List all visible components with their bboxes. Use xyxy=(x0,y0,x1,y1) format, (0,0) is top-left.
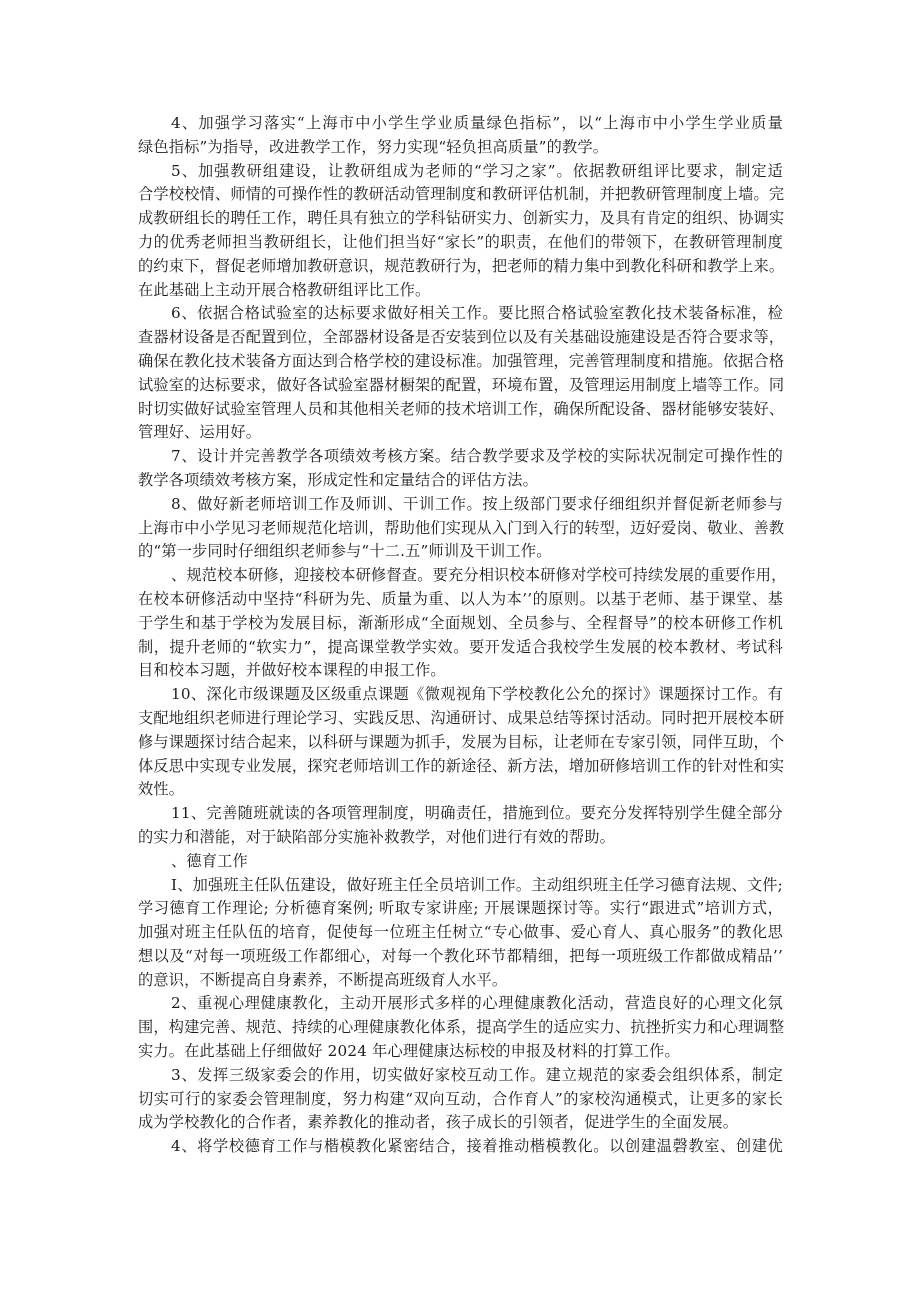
paragraph-first-line: 7、设计并完善教学各项绩效考核方案。结合教学要求及学校的实际状况制定可操作性的 xyxy=(138,445,783,469)
paragraph-line: 确保在教化技术装备方面达到合格学校的建设标准。加强管理，完善管理制度和措施。依据… xyxy=(138,350,783,374)
paragraph-line: 学习德育工作理论; 分析德育案例; 听取专家讲座; 开展课题探讨等。实行“跟进式… xyxy=(138,897,783,921)
paragraph-line: 上海市中小学见习老师规范化培训，帮助他们实现从入门到入行的转型，迈好爱岗、敬业、… xyxy=(138,517,783,541)
paragraph-line: 在此基础上主动开展合格教研组评比工作。 xyxy=(138,279,783,303)
paragraph-line: 效性。 xyxy=(138,778,783,802)
paragraph-first-line: 4、加强学习落实“上海市中小学生学业质量绿色指标”，以“上海市中小学生学业质量 xyxy=(138,112,783,136)
paragraph-first-line: 4、将学校德育工作与楷模教化紧密结合，接着推动楷模教化。以创建温磬教室、创建优 xyxy=(138,1135,783,1159)
paragraph-line: 于学生和基于学校为发展目标，渐渐形成“全面规划、全员参与、全程督导”的校本研修工… xyxy=(138,612,783,636)
paragraph-first-line: 5、加强教研组建设，让教研组成为老师的“学习之家”。依据教研组评比要求，制定适 xyxy=(138,160,783,184)
paragraph-line: 想以及“对每一项班级工作都细心，对每一个教化环节都精细，把每一项班级工作都做成精… xyxy=(138,945,783,969)
paragraph-line: 时切实做好试验室管理人员和其他相关老师的技术培训工作，确保所配设备、器材能够安装… xyxy=(138,398,783,422)
paragraph-line: 体反思中实现专业发展，探究老师培训工作的新途径、新方法，增加研修培训工作的针对性… xyxy=(138,755,783,779)
paragraph-line: 绿色指标”为指导，改进教学工作，努力实现“轻负担高质量”的教学。 xyxy=(138,136,783,160)
paragraph-first-line: I、加强班主任队伍建设，做好班主任全员培训工作。主动组织班主任学习德育法规、文件… xyxy=(138,874,783,898)
paragraph-line: 目和校本习题，并做好校本课程的申报工作。 xyxy=(138,659,783,683)
paragraph-first-line: 、规范校本研修，迎接校本研修督查。要充分相识校本研修对学校可持续发展的重要作用， xyxy=(138,564,783,588)
paragraph-line: 力的优秀老师担当教研组长，让他们担当好“家长”的职责，在他们的带领下，在教研管理… xyxy=(138,231,783,255)
paragraph-line: 成教研组长的聘任工作，聘任具有独立的学科钻研实力、创新实力，及具有肯定的组织、协… xyxy=(138,207,783,231)
paragraph-first-line: 8、做好新老师培训工作及师训、干训工作。按上级部门要求仔细组织并督促新老师参与 xyxy=(138,493,783,517)
paragraph-line: 修与课题探讨结合起来，以科研与课题为抓手，发展为目标，让老师在专家引领，同伴互助… xyxy=(138,731,783,755)
paragraph-line: 在校本研修活动中坚持“科研为先、质量为重、以人为本’’的原则。以基于老师、基于课… xyxy=(138,588,783,612)
paragraph-line: 的约束下，督促老师增加教研意识，规范教研行为，把老师的精力集中到教化科研和教学上… xyxy=(138,255,783,279)
paragraph-line: 加强对班主任队伍的培育，促使每一位班主任树立“专心做事、爱心育人、真心服务”的教… xyxy=(138,921,783,945)
paragraph-line: 的意识，不断提高自身素养，不断提高班级育人水平。 xyxy=(138,969,783,993)
paragraph-first-line: 3、发挥三级家委会的作用，切实做好家校互动工作。建立规范的家委会组织体系，制定 xyxy=(138,1064,783,1088)
document-page: 4、加强学习落实“上海市中小学生学业质量绿色指标”，以“上海市中小学生学业质量绿… xyxy=(138,112,783,1159)
paragraph-first-line: 6、依据合格试验室的达标要求做好相关工作。要比照合格试验室教化技术装备标准，检 xyxy=(138,302,783,326)
paragraph-line: 切实可行的家委会管理制度，努力构建“双向互动，合作育人”的家校沟通模式，让更多的… xyxy=(138,1088,783,1112)
paragraph-line: 支配地组织老师进行理论学习、实践反思、沟通研讨、成果总结等探讨活动。同时把开展校… xyxy=(138,707,783,731)
paragraph-line: 试验室的达标要求，做好各试验室器材橱架的配置，环境布置，及管理运用制度上墙等工作… xyxy=(138,374,783,398)
paragraph-line: 的“第一步同时仔细组织老师参与“十二.五”师训及干训工作。 xyxy=(138,540,783,564)
paragraph-line: 成为学校教化的合作者，素养教化的推动者，孩子成长的引领者，促进学生的全面发展。 xyxy=(138,1111,783,1135)
paragraph-line: 查器材设备是否配置到位，全部器材设备是否安装到位以及有关基础设施建设是否符合要求… xyxy=(138,326,783,350)
paragraph-first-line: 10、深化市级课题及区级重点课题《微观视角下学校教化公允的探讨》课题探讨工作。有 xyxy=(138,683,783,707)
paragraph-line: 的实力和潜能，对于缺陷部分实施补救教学，对他们进行有效的帮助。 xyxy=(138,826,783,850)
paragraph-line: 教学各项绩效考核方案，形成定性和定量结合的评估方法。 xyxy=(138,469,783,493)
paragraph-line: 合学校校情、师情的可操作性的教研活动管理制度和教研评估机制，并把教研管理制度上墙… xyxy=(138,183,783,207)
paragraph-line: 制，提升老师的“软实力”，提高课堂教学实效。要开发适合我校学生发展的校本教材、考… xyxy=(138,636,783,660)
paragraph-first-line: 、德育工作 xyxy=(138,850,783,874)
paragraph-line: 围，构建完善、规范、持续的心理健康教化体系，提高学生的适应实力、抗挫折实力和心理… xyxy=(138,1016,783,1040)
paragraph-line: 管理好、运用好。 xyxy=(138,421,783,445)
paragraph-first-line: 2、重视心理健康教化，主动开展形式多样的心理健康教化活动，营造良好的心理文化氛 xyxy=(138,992,783,1016)
paragraph-line: 实力。在此基础上仔细做好 2024 年心理健康达标校的申报及材料的打算工作。 xyxy=(138,1040,783,1064)
paragraph-first-line: 11、完善随班就读的各项管理制度，明确责任，措施到位。要充分发挥特别学生健全部分 xyxy=(138,802,783,826)
